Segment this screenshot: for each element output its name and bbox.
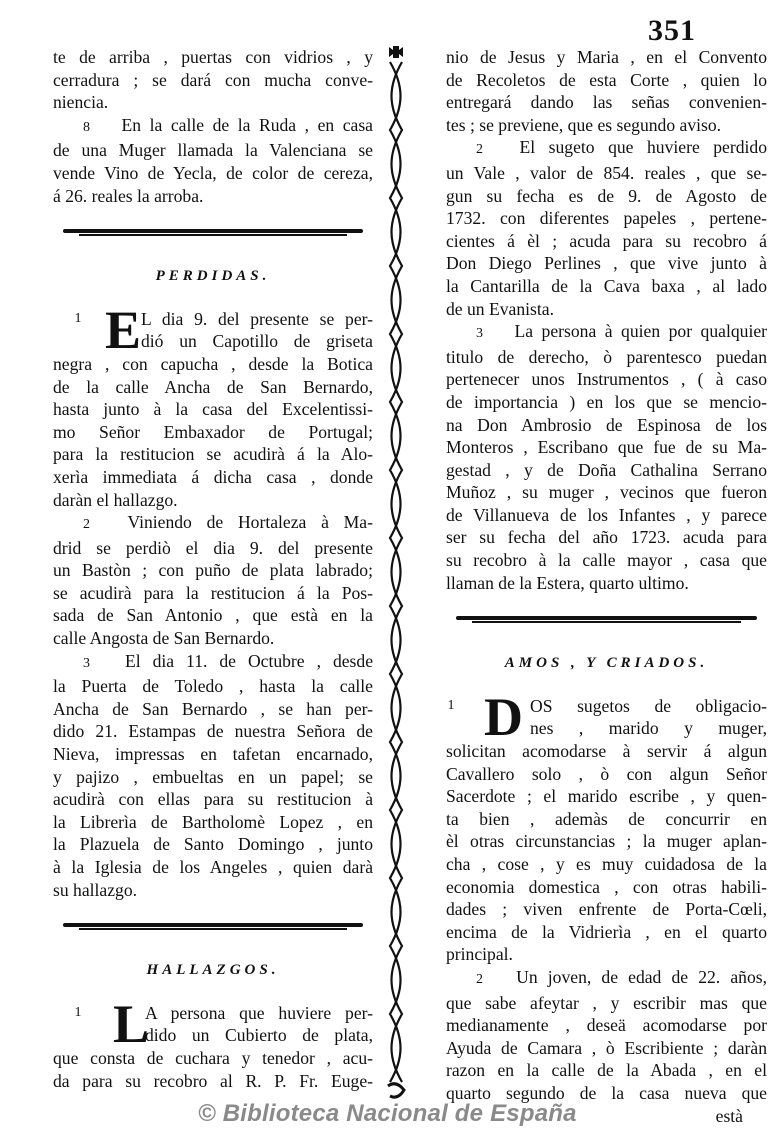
- text-line: calle Angosta de San Bernardo.: [53, 627, 373, 650]
- perdidas-item-2-right: 2 El sugeto que huviere perdido un Vale …: [446, 136, 767, 320]
- text-line: la Plazuela de Santo Domingo , junto: [53, 833, 373, 856]
- text-line: dades ; viven enfrente de Porta-Cœli,: [446, 898, 767, 921]
- text-line: te de arriba , puertas con vidrios , y: [53, 46, 373, 69]
- perdidas-item-2: 2 Viniendo de Hortaleza à Ma- drid se pe…: [53, 511, 373, 650]
- text-line: mo Señor Embaxador de Portugal;: [53, 421, 373, 444]
- text-line: de una Muger llamada la Valenciana se: [53, 139, 373, 162]
- section-divider-rule: [63, 923, 363, 931]
- right-column: nio de Jesus y Maria , en el Convento de…: [446, 46, 767, 1127]
- text-line: á 26. reales la arroba.: [53, 185, 373, 208]
- text-line: que consta de cuchara y tenedor , acu-: [53, 1047, 373, 1070]
- text-line: se acudirà para la restitucion á la Pos-: [53, 582, 373, 605]
- text-line: ser su fecha del año 1723. acuda para: [446, 526, 767, 549]
- braided-column-divider-icon: [384, 46, 408, 1106]
- text-line: de importancia ) en los que se mencio-: [446, 391, 767, 414]
- section-heading-amos-y-criados: AMOS , Y CRIADOS.: [446, 652, 767, 675]
- text-line: La persona à quien por qualquier: [515, 321, 768, 341]
- page-number: 351: [648, 14, 696, 48]
- perdidas-item-3: 3 El dia 11. de Octubre , desde la Puert…: [53, 650, 373, 902]
- item-number: 2: [83, 514, 113, 537]
- text-line: de Recoletos de esta Corte , quien lo: [446, 69, 767, 92]
- item-number: 2: [476, 969, 506, 992]
- text-line: la Librerìa de Bartholomè Lopez , en: [53, 811, 373, 834]
- text-line: Cavallero solo , ò con algun Señor: [446, 763, 767, 786]
- section-divider-rule: [456, 616, 757, 624]
- text-line: hasta junto à la casa del Excelentissi-: [53, 398, 373, 421]
- text-line: xerìa immediata á dicha casa , donde: [53, 466, 373, 489]
- section-divider-rule: [63, 229, 363, 237]
- text-line: dido un Cubierto de plata,: [145, 1024, 373, 1047]
- text-line: cientes á èl ; acuda para su recobro á: [446, 230, 767, 253]
- text-line: la Puerta de Toledo , hasta la calle: [53, 675, 373, 698]
- hallazgos-item-1: 1 L A persona que huviere per- dido un C…: [53, 1002, 373, 1092]
- item-number: 1: [63, 308, 93, 331]
- text-line: sada de San Antonio , que està en la: [53, 604, 373, 627]
- amos-item-1: 1 D OS sugetos de obligacio- nes , marid…: [446, 695, 767, 966]
- text-line: cerradura ; se dará con mucha conve-: [53, 69, 373, 92]
- text-line: de un Evanista.: [446, 298, 767, 321]
- text-line: su hallazgo.: [53, 879, 373, 902]
- text-line: daràn el hallazgo.: [53, 489, 373, 512]
- text-line: Sacerdote ; el marido escribe , y quen-: [446, 785, 767, 808]
- text-line: de Villanueva de los Infantes , y parece: [446, 504, 767, 527]
- text-line: acudirà con ellas para su restitucion à: [53, 788, 373, 811]
- text-line: gun su fecha es de 9. de Agosto de: [446, 185, 767, 208]
- left-column: te de arriba , puertas con vidrios , y c…: [53, 46, 373, 1092]
- drop-cap: D: [484, 692, 523, 742]
- text-line: negra , con capucha , desde la Botica: [53, 353, 373, 376]
- section-heading-perdidas: PERDIDAS.: [53, 265, 373, 288]
- text-line: medianamente , deseä acomodarse por: [446, 1014, 767, 1037]
- text-line: para la restitucion se acudirà á la Alo-: [53, 443, 373, 466]
- section-heading-hallazgos: HALLAZGOS.: [53, 959, 373, 982]
- drop-cap: L: [113, 999, 149, 1049]
- text-line: El sugeto que huviere perdido: [520, 137, 767, 157]
- library-watermark: © Biblioteca Nacional de España: [198, 1100, 577, 1128]
- item-number: 1: [63, 1002, 93, 1025]
- text-line: la Cantarilla de la Cava baxa , al lado: [446, 275, 767, 298]
- text-line: Muñoz , su muger , vecinos que fueron: [446, 481, 767, 504]
- text-line: su recobro à la calle mayor , casa que: [446, 549, 767, 572]
- text-line: na Don Ambrosio de Espinosa de los: [446, 414, 767, 437]
- text-line: niencia.: [53, 91, 373, 114]
- text-line: drid se perdiò el dia 9. del presente: [53, 537, 373, 560]
- text-line: un Bastòn ; con puño de plata labrado;: [53, 559, 373, 582]
- item-number: 2: [476, 139, 506, 162]
- text-line: Viniendo de Hortaleza à Ma-: [127, 512, 373, 532]
- perdidas-item-3-right: 3 La persona à quien por qualquier titul…: [446, 320, 767, 594]
- text-line: èl otras circunstancias ; la muger aplan…: [446, 830, 767, 853]
- text-line: En la calle de la Ruda , en casa: [122, 115, 373, 135]
- item-number: 8: [83, 117, 113, 140]
- continuation-paragraph: nio de Jesus y Maria , en el Convento de…: [446, 46, 767, 136]
- text-line: 1732. con diferentes papeles , pertene-: [446, 207, 767, 230]
- text-line: principal.: [446, 943, 767, 966]
- text-line: Don Diego Perlines , que vive junto à: [446, 252, 767, 275]
- text-line: entregará dando las señas convenien-: [446, 91, 767, 114]
- text-line: Monteros , Escribano que fue de su Ma-: [446, 436, 767, 459]
- text-line: da para su recobro al R. P. Fr. Euge-: [53, 1070, 373, 1093]
- text-line: à la Iglesia de los Angeles , quien darà: [53, 856, 373, 879]
- text-line: titulo de derecho, ò parentesco puedan: [446, 346, 767, 369]
- item-number: 3: [83, 653, 113, 676]
- text-line: razon en la calle de la Abada , en el: [446, 1059, 767, 1082]
- text-line: Un joven, de edad de 22. años,: [516, 967, 767, 987]
- text-line: L dia 9. del presente se per-: [141, 308, 373, 331]
- intro-paragraph: te de arriba , puertas con vidrios , y c…: [53, 46, 373, 114]
- text-line: vende Vino de Yecla, de color de cereza,: [53, 162, 373, 185]
- text-line: que sabe afeytar , y escribir mas que: [446, 992, 767, 1015]
- text-line: Ancha de San Bernardo , se han per-: [53, 698, 373, 721]
- text-line: El dia 11. de Octubre , desde: [125, 651, 373, 671]
- text-line: gestad , y de Doña Cathalina Serrano: [446, 459, 767, 482]
- item-number: 1: [436, 695, 466, 718]
- text-line: de la calle Ancha de San Bernardo,: [53, 376, 373, 399]
- text-line: economia domestica , con otras habili-: [446, 876, 767, 899]
- text-line: nes , marido y muger,: [530, 717, 767, 740]
- text-line: tes ; se previene, que es segundo aviso.: [446, 114, 767, 137]
- text-line: OS sugetos de obligacio-: [530, 695, 767, 718]
- text-line: un Vale , valor de 854. reales , que se-: [446, 162, 767, 185]
- text-line: nio de Jesus y Maria , en el Convento: [446, 46, 767, 69]
- text-line: A persona que huviere per-: [145, 1002, 373, 1025]
- text-line: llaman de la Estera, quarto ultimo.: [446, 572, 767, 595]
- item-number: 3: [476, 323, 506, 346]
- text-line: dió un Capotillo de griseta: [141, 330, 373, 353]
- text-line: ta bien , ademàs de concurrir en: [446, 808, 767, 831]
- item-8: 8 En la calle de la Ruda , en casa de un…: [53, 114, 373, 207]
- text-line: Ayuda de Camara , ò Escribiente ; daràn: [446, 1037, 767, 1060]
- text-line: pertenecer unos Instrumentos , ( à caso: [446, 368, 767, 391]
- text-line: encima de la Vidrierìa , en el quarto: [446, 921, 767, 944]
- drop-cap: E: [105, 305, 141, 355]
- perdidas-item-1: 1 E L dia 9. del presente se per- dió un…: [53, 308, 373, 511]
- text-line: y pajizo , embueltas en un papel; se: [53, 766, 373, 789]
- text-line: dido 21. Estampas de nuestra Señora de: [53, 720, 373, 743]
- text-line: cha , cose , y es muy cuidadosa de la: [446, 853, 767, 876]
- text-line: Nieva, impressas en tafetan encarnado,: [53, 743, 373, 766]
